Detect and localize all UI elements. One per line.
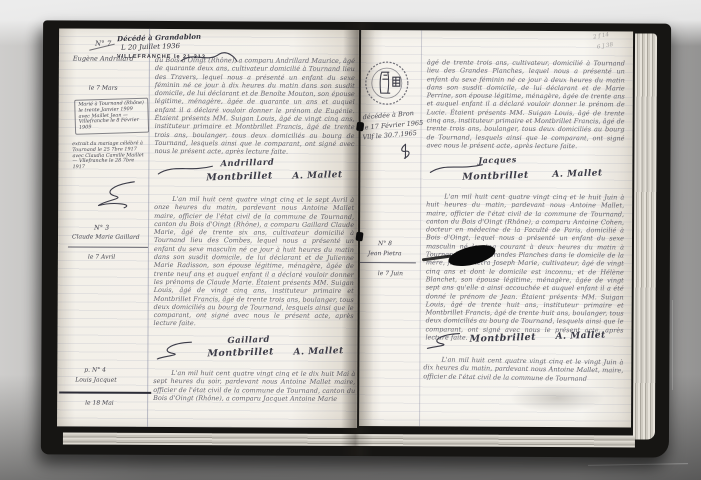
right-act2-signature-flourish — [425, 330, 469, 350]
right-act2-signature-mayor: A. Mallet — [555, 330, 606, 341]
right-act2-signature-witness: Montbrillet — [469, 332, 536, 345]
left-act2-signature-mayor: A. Mallet — [293, 346, 344, 357]
left-act2-signature-witness: Montbrillet — [207, 346, 274, 359]
right-act2-margin-date: le 7 Juin — [378, 270, 403, 278]
left-act2-signature-flourish — [155, 339, 199, 361]
left-page: Décédé à Grandablon L 20 Juillet 1936 VI… — [57, 28, 359, 428]
act2-margin-separator — [68, 246, 148, 247]
marriage-note-box: Marié à Tournand (Rhône) le trente Janvi… — [74, 98, 149, 135]
left-act1-signature-declarer: Andrillard — [220, 158, 274, 170]
right-margin-separator — [360, 262, 416, 263]
right-act1-signature-witness: Montbrillet — [462, 170, 529, 183]
pencil-folio-mark-2: 6 J 38 — [597, 42, 614, 51]
act2-margin-name: Claude Marie Gaillard — [72, 234, 140, 242]
act2-margin-date: le 7 Avril — [88, 254, 115, 262]
left-act-1-text: du Bois d'Oingt (Rhône), a comparu Andri… — [154, 56, 355, 161]
death-note-paraph — [396, 142, 414, 160]
left-act-3-text: L'an mil huit cent quatre vingt cinq et … — [153, 369, 355, 414]
register-book: Décédé à Grandablon L 20 Juillet 1936 VI… — [41, 20, 671, 457]
act1-margin-date: le 7 Mars — [89, 85, 118, 93]
binding-stitch — [356, 122, 364, 132]
death-margin-note-line3: Vllf le 30.7.1965 — [362, 130, 417, 142]
act1-margin-name: Eugène Andrillard — [73, 56, 134, 64]
scanner-scratch — [588, 463, 688, 466]
page-smudge — [509, 383, 605, 414]
death-stamp-line2: L 20 Juillet 1936 — [121, 42, 180, 52]
right-act2-margin-name: Jean Pietra — [368, 250, 402, 258]
right-act2-margin-number: N° 8 — [378, 240, 392, 248]
right-page: décédée à Bron le 17 Février 1965 Vllf l… — [359, 30, 633, 427]
binding-stitch — [355, 232, 363, 242]
right-act1-signature-declarer: Jacques — [478, 154, 517, 165]
left-margin-rule — [147, 29, 150, 427]
pencil-folio-mark-1: 2 f 14 — [593, 32, 610, 41]
margin-paraph-flourish — [94, 179, 144, 209]
right-act1-signature-mayor: A. Mallet — [552, 168, 603, 179]
act3-margin-name: Louis Jacquet — [75, 377, 116, 385]
left-act2-signature-declarer: Gaillard — [227, 335, 270, 346]
marriage-note-2: extrait du mariage célébré à Tournand le… — [72, 141, 146, 171]
left-act1-signature-witness: Montbrillet — [206, 170, 273, 183]
page-stack-edge-bottom — [63, 432, 635, 447]
right-act-1-text: âgé de trente trois ans, cultivateur, do… — [426, 58, 624, 155]
right-margin-rule — [419, 30, 422, 426]
act3-margin-number: p. N° 4 — [84, 367, 106, 375]
round-official-stamp-icon — [364, 60, 410, 107]
act3-margin-separator — [59, 391, 151, 393]
scanner-scratch — [672, 300, 673, 390]
scanner-background: Décédé à Grandablon L 20 Juillet 1936 VI… — [0, 0, 701, 480]
left-act-2-text: L'an mil huit cent quatre vingt cinq et … — [153, 195, 354, 338]
act2-margin-number: N° 3 — [94, 225, 109, 233]
act3-margin-date: le 18 Mai — [85, 400, 114, 408]
death-stamp-line1: Décédé à Grandablon — [117, 32, 201, 43]
page-stack-edge-right — [633, 33, 657, 439]
left-act1-signature-mayor: A. Mallet — [292, 170, 343, 181]
